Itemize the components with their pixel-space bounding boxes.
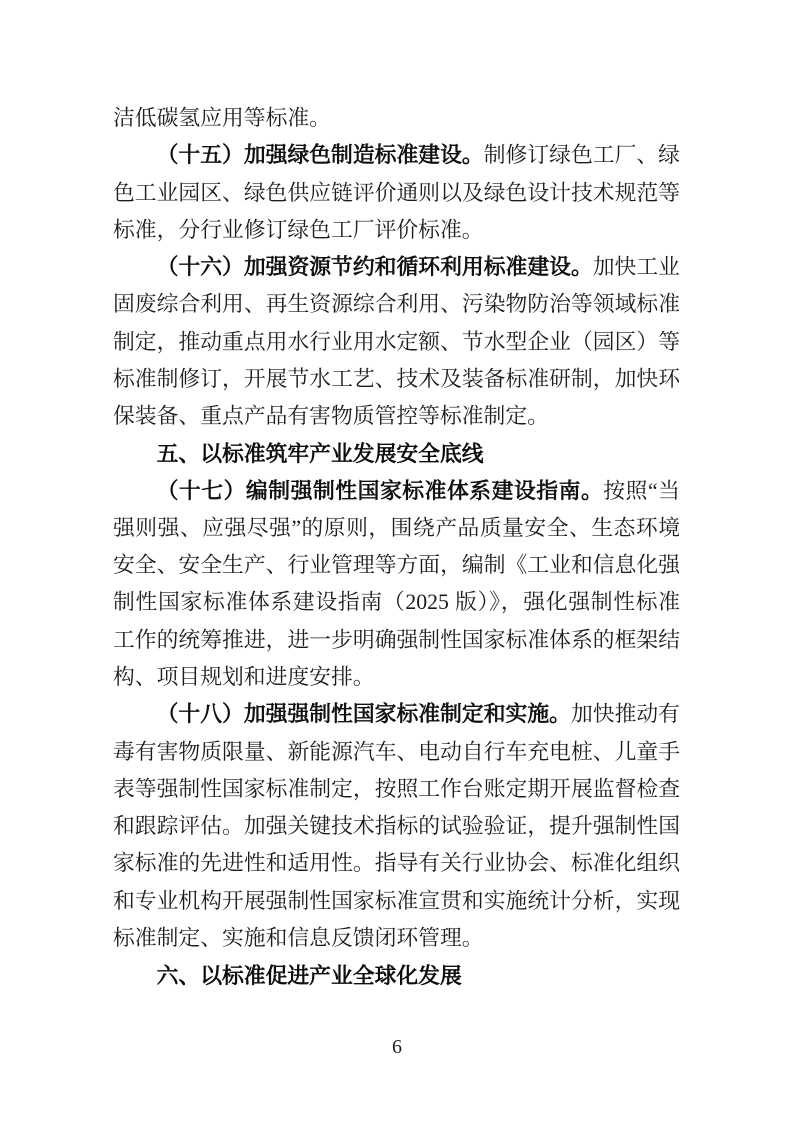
clause-18-body: 加快推动有毒有害物质限量、新能源汽车、电动自行车充电桩、儿童手表等强制性国家标准… xyxy=(113,702,680,950)
section-6-heading: 六、以标准促进产业全球化发展 xyxy=(113,957,680,994)
paragraph-continuation: 洁低碳氢应用等标准。 xyxy=(113,100,680,137)
clause-16-body: 加快工业固废综合利用、再生资源综合利用、污染物防治等领域标准制定，推动重点用水行… xyxy=(113,255,680,428)
clause-17-body: 按照“当强则强、应强尽强”的原则，围绕产品质量安全、生态环境安全、安全生产、行业… xyxy=(113,479,680,689)
clause-16-paragraph: （十六）加强资源节约和循环利用标准建设。加快工业固废综合利用、再生资源综合利用、… xyxy=(113,249,680,435)
clause-15-paragraph: （十五）加强绿色制造标准建设。制修订绿色工厂、绿色工业园区、绿色供应链评价通则以… xyxy=(113,137,680,249)
body-text: 洁低碳氢应用等标准。 xyxy=(113,106,331,130)
document-page: 洁低碳氢应用等标准。 （十五）加强绿色制造标准建设。制修订绿色工厂、绿色工业园区… xyxy=(0,0,794,1123)
clause-18-paragraph: （十八）加强强制性国家标准制定和实施。加快推动有毒有害物质限量、新能源汽车、电动… xyxy=(113,696,680,957)
page-number: 6 xyxy=(0,1036,794,1058)
clause-16-lead: （十六）加强资源节约和循环利用标准建设。 xyxy=(157,255,593,279)
section-5-heading: 五、以标准筑牢产业发展安全底线 xyxy=(113,435,680,472)
clause-18-lead: （十八）加强强制性国家标准制定和实施。 xyxy=(157,702,571,726)
clause-17-paragraph: （十七）编制强制性国家标准体系建设指南。按照“当强则强、应强尽强”的原则，围绕产… xyxy=(113,473,680,697)
clause-17-lead: （十七）编制强制性国家标准体系建设指南。 xyxy=(157,479,604,503)
clause-15-lead: （十五）加强绿色制造标准建设。 xyxy=(157,143,484,167)
document-text-column: 洁低碳氢应用等标准。 （十五）加强绿色制造标准建设。制修订绿色工厂、绿色工业园区… xyxy=(113,100,680,994)
